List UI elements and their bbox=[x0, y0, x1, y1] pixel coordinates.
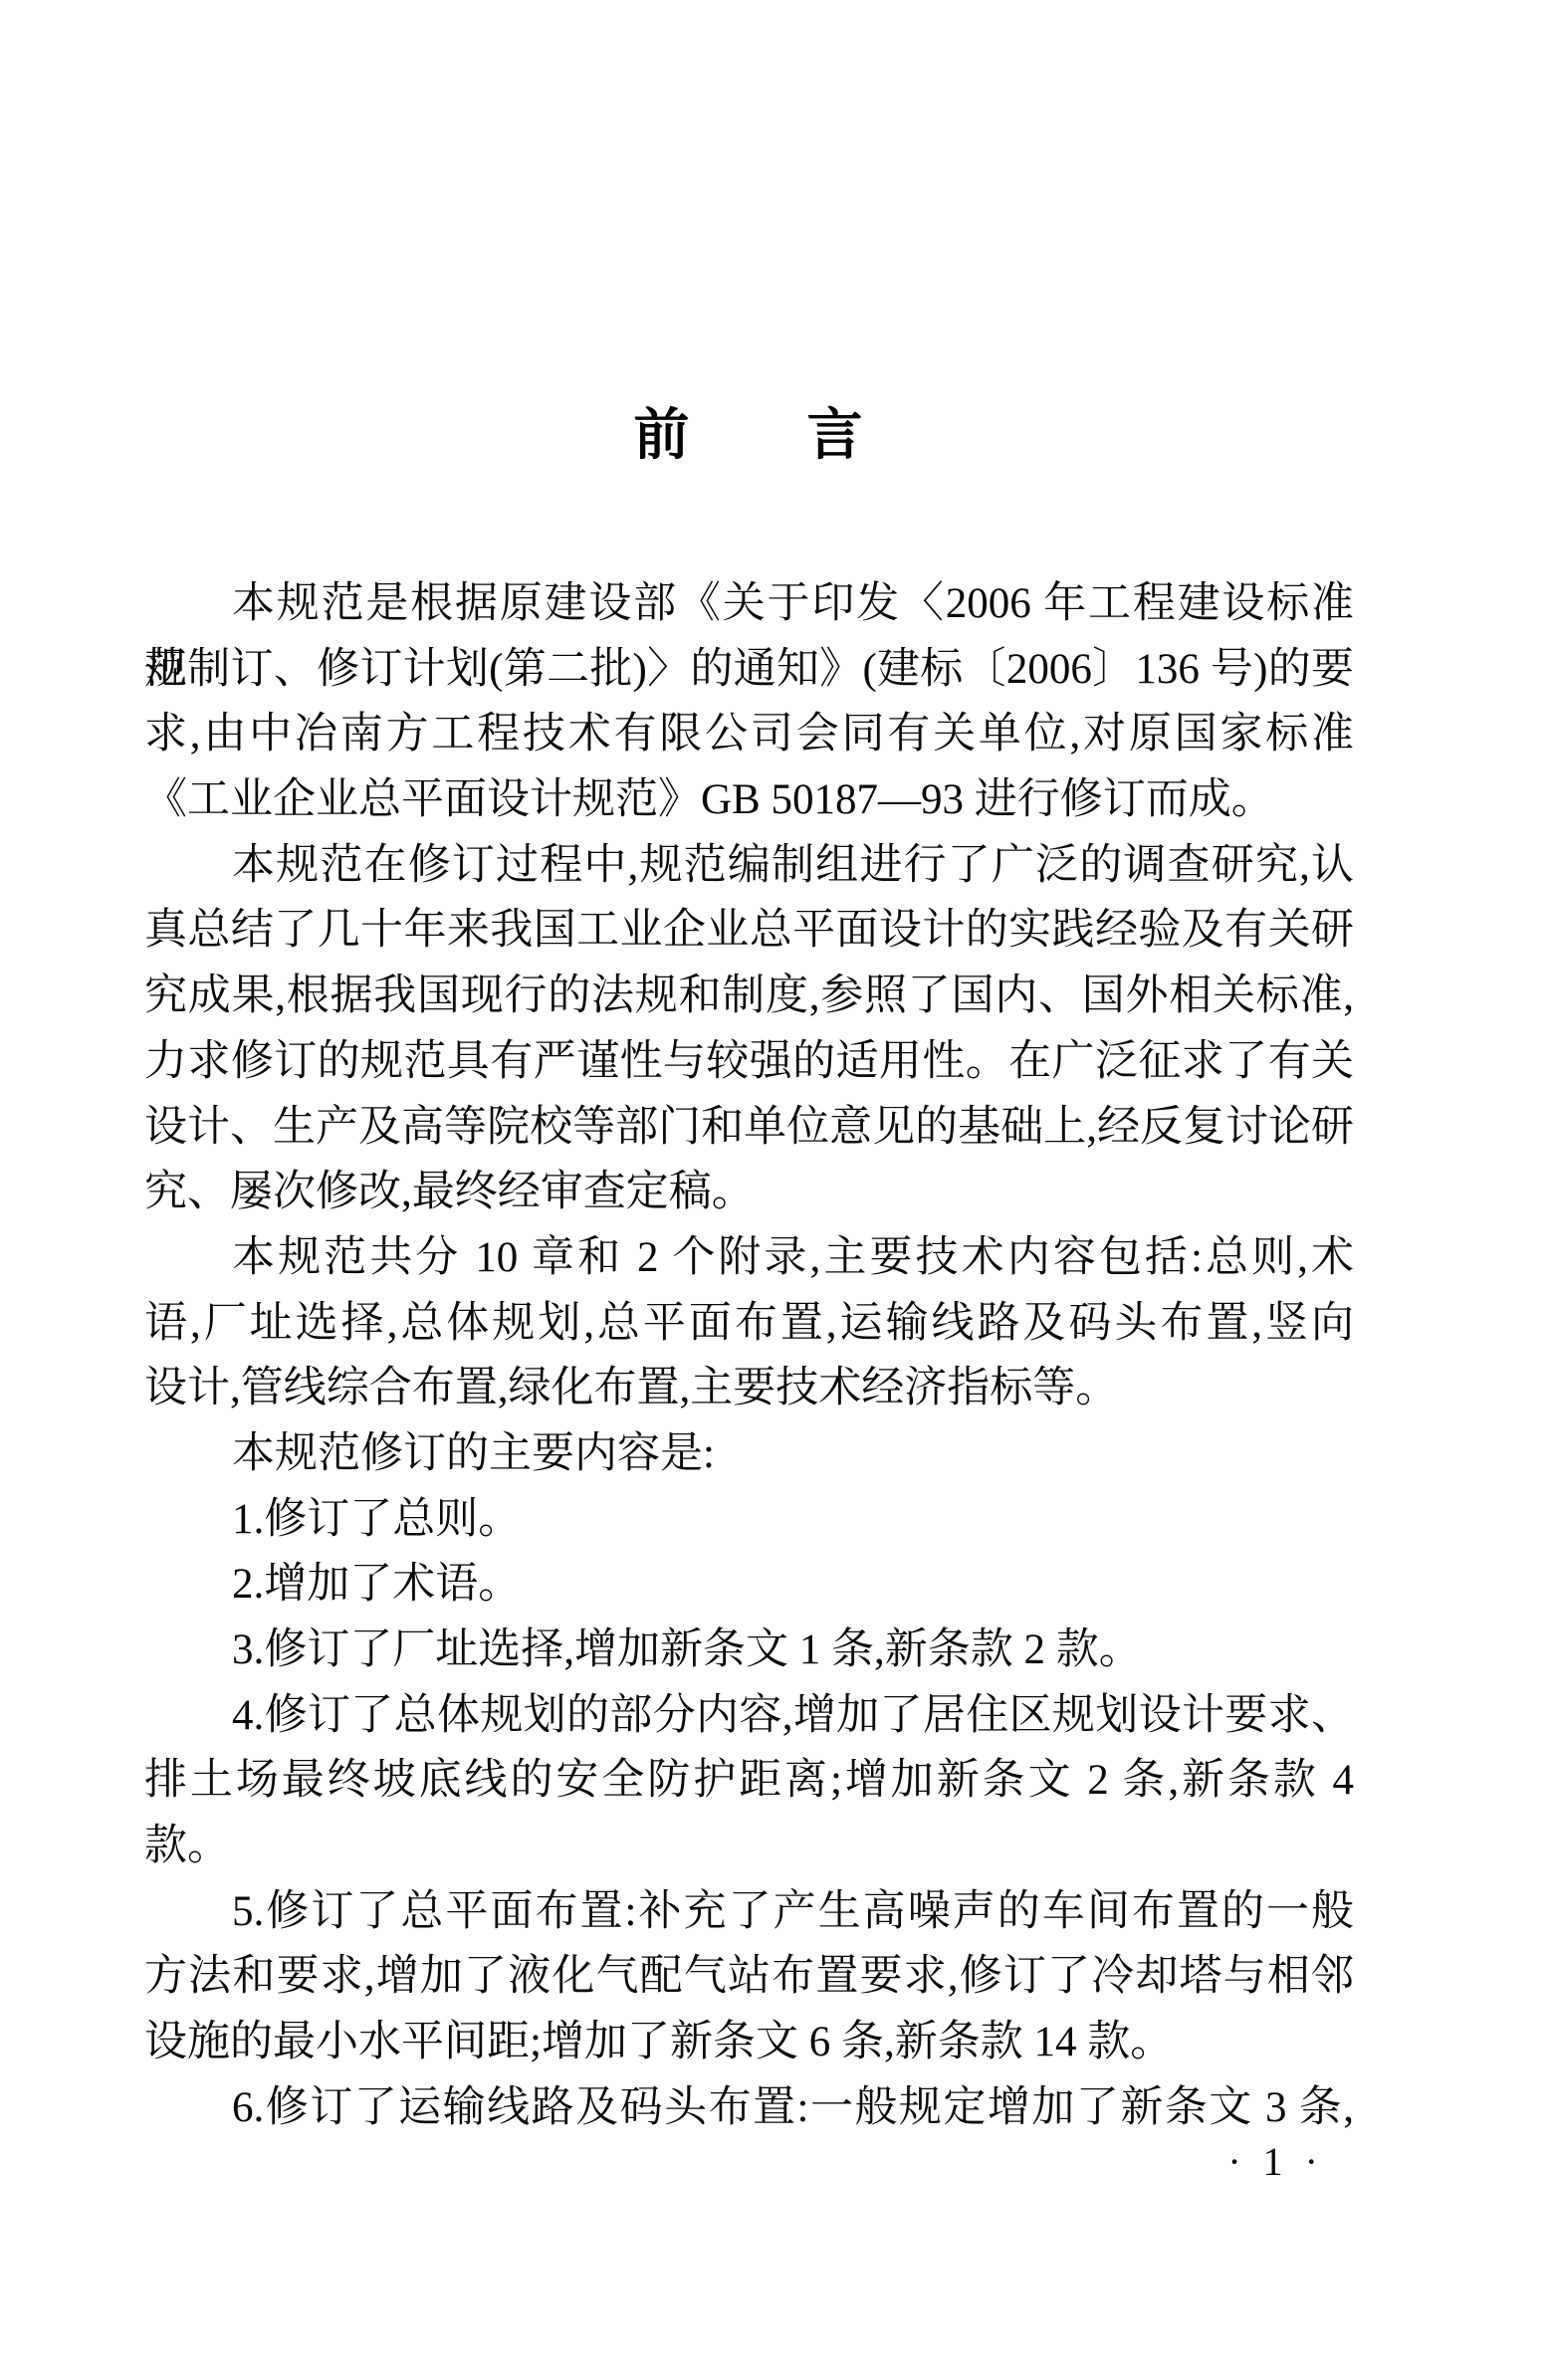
text-line: 排土场最终坡底线的安全防护距离;增加新条文 2 条,新条款 4 bbox=[144, 1748, 1354, 1814]
text-line: 求,由中冶南方工程技术有限公司会同有关单位,对原国家标准 bbox=[144, 702, 1354, 767]
text-line: 语,厂址选择,总体规划,总平面布置,运输线路及码头布置,竖向 bbox=[144, 1291, 1354, 1357]
text-line: 《工业企业总平面设计规范》GB 50187—93 进行修订而成。 bbox=[144, 767, 1354, 833]
text-line: 范制订、修订计划(第二批)〉的通知》(建标〔2006〕136 号)的要 bbox=[144, 637, 1354, 703]
text-line: 本规范修订的主要内容是: bbox=[144, 1421, 1354, 1487]
text-line: 设计,管线综合布置,绿化布置,主要技术经济指标等。 bbox=[144, 1356, 1354, 1421]
text-line: 究成果,根据我国现行的法规和制度,参照了国内、国外相关标准, bbox=[144, 964, 1354, 1029]
page-number: · 1 · bbox=[144, 2138, 1354, 2186]
text-line: 3.修订了厂址选择,增加新条文 1 条,新条款 2 款。 bbox=[144, 1618, 1354, 1683]
text-line: 真总结了几十年来我国工业企业总平面设计的实践经验及有关研 bbox=[144, 898, 1354, 964]
text-line: 方法和要求,增加了液化气配气站布置要求,修订了冷却塔与相邻 bbox=[144, 1944, 1354, 2010]
text-line: 款。 bbox=[144, 1814, 1354, 1879]
text-line: 2.增加了术语。 bbox=[144, 1552, 1354, 1618]
page-title: 前 言 bbox=[144, 404, 1354, 466]
scanned-document-page: 前 言 本规范是根据原建设部《关于印发〈2006 年工程建设标准规 范制订、修订… bbox=[0, 0, 1552, 2380]
text-line: 设施的最小水平间距;增加了新条文 6 条,新条款 14 款。 bbox=[144, 2010, 1354, 2075]
text-line: 设计、生产及高等院校等部门和单位意见的基础上,经反复讨论研 bbox=[144, 1095, 1354, 1161]
text-line: 本规范在修订过程中,规范编制组进行了广泛的调查研究,认 bbox=[144, 833, 1354, 899]
text-line: 6.修订了运输线路及码头布置:一般规定增加了新条文 3 条, bbox=[144, 2075, 1354, 2141]
text-line: 4.修订了总体规划的部分内容,增加了居住区规划设计要求、 bbox=[144, 1683, 1354, 1749]
text-line: 5.修订了总平面布置:补充了产生高噪声的车间布置的一般 bbox=[144, 1879, 1354, 1945]
text-line: 究、屡次修改,最终经审查定稿。 bbox=[144, 1160, 1354, 1225]
text-line: 1.修订了总则。 bbox=[144, 1487, 1354, 1553]
text-line: 本规范是根据原建设部《关于印发〈2006 年工程建设标准规 bbox=[144, 571, 1354, 637]
text-line: 力求修订的规范具有严谨性与较强的适用性。在广泛征求了有关 bbox=[144, 1029, 1354, 1095]
document-body: 本规范是根据原建设部《关于印发〈2006 年工程建设标准规 范制订、修订计划(第… bbox=[144, 571, 1354, 2141]
text-line: 本规范共分 10 章和 2 个附录,主要技术内容包括:总则,术 bbox=[144, 1225, 1354, 1291]
